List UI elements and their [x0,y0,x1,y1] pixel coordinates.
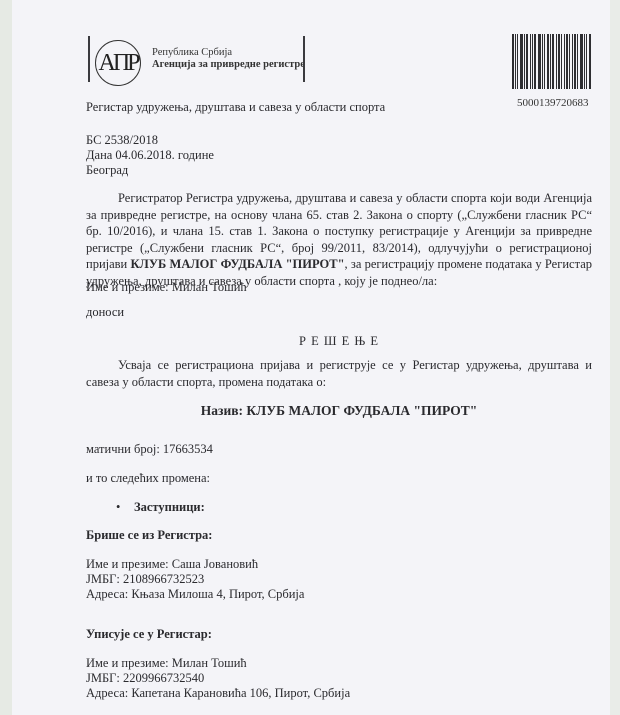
document-city: Београд [86,163,128,179]
intro-paragraph: Регистратор Регистра удружења, друштава … [86,190,592,289]
barcode-icon [512,34,592,89]
case-number: БС 2538/2018 [86,133,158,149]
added-jmbg: ЈМБГ: 2209966732540 [86,671,204,687]
organization-name: Назив: КЛУБ МАЛОГ ФУДБАЛА "ПИРОТ" [86,403,592,419]
club-name: КЛУБ МАЛОГ ФУДБАЛА "ПИРОТ" [130,257,344,271]
applicant: Име и презиме: Милан Тошић [86,280,247,296]
apr-logo-icon: АПР [95,40,141,86]
added-address: Адреса: Капетана Карановића 106, Пирот, … [86,686,350,702]
document-date: Дана 04.06.2018. године [86,148,214,164]
header-divider-left [88,36,90,82]
added-name: Име и презиме: Милан Тошић [86,656,247,672]
scan-edge-right [610,0,620,715]
register-title: Регистар удружења, друштава и савеза у о… [86,100,385,116]
agency-line-1: Република Србија [152,47,305,59]
bullet-representatives: •Заступници: [116,500,205,515]
header-divider-right [303,36,305,82]
decision-paragraph: Усваја се регистрациона пријава и регист… [86,357,592,390]
scan-edge-left [0,0,12,715]
removed-heading: Брише се из Регистра: [86,528,212,544]
barcode-number: 5000139720683 [517,97,589,109]
registry-number: матични број: 17663534 [86,442,213,458]
added-heading: Уписује се у Регистар: [86,627,212,643]
changes-intro: и то следећих промена: [86,471,210,487]
removed-address: Адреса: Књаза Милоша 4, Пирот, Србија [86,587,304,603]
agency-name: Република Србија Агенција за привредне р… [152,47,305,71]
decision-title: Р Е Ш Е Њ Е [86,334,592,349]
removed-jmbg: ЈМБГ: 2108966732523 [86,572,204,588]
removed-name: Име и презиме: Саша Јовановић [86,557,258,573]
bullet-icon: • [116,500,134,515]
donosi-label: доноси [86,305,124,321]
agency-line-2: Агенција за привредне регистре [152,59,305,71]
